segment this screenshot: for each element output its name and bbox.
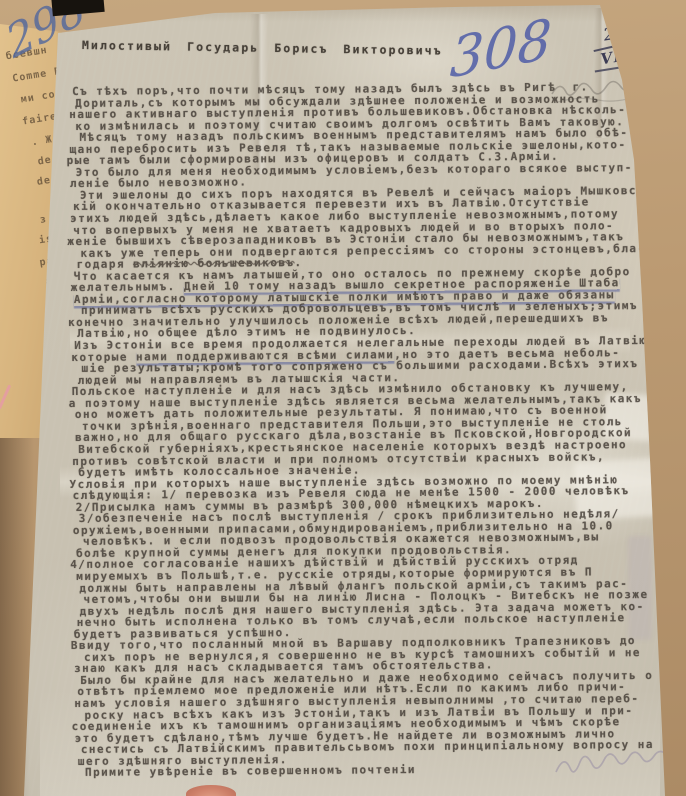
fingertip [186,785,236,796]
dark-object-top [51,0,104,16]
handwritten-date-mark: 25 VIII [588,20,646,73]
handwritten-number-308: 308 [449,6,554,91]
fragment-line: . Ж [31,134,54,148]
main-page: Милостивый Государь Борисъ Викторовичъ С… [0,0,686,796]
signature-scribble [552,748,682,782]
salutation-line: Милостивый Государь Борисъ Викторовичъ [82,38,443,58]
letter-body: Съ тѣхъ поръ,что почти мѣсяцъ тому назад… [72,81,668,779]
date-numerator: 25 [588,20,642,48]
pencil-scribble-marks [634,86,686,158]
fragment-line: Comme F [12,66,62,85]
photo-scene: бсевшнComme Fми солfaire c. Жde Smode l'… [0,0,686,796]
pencil-scribble [548,66,658,108]
